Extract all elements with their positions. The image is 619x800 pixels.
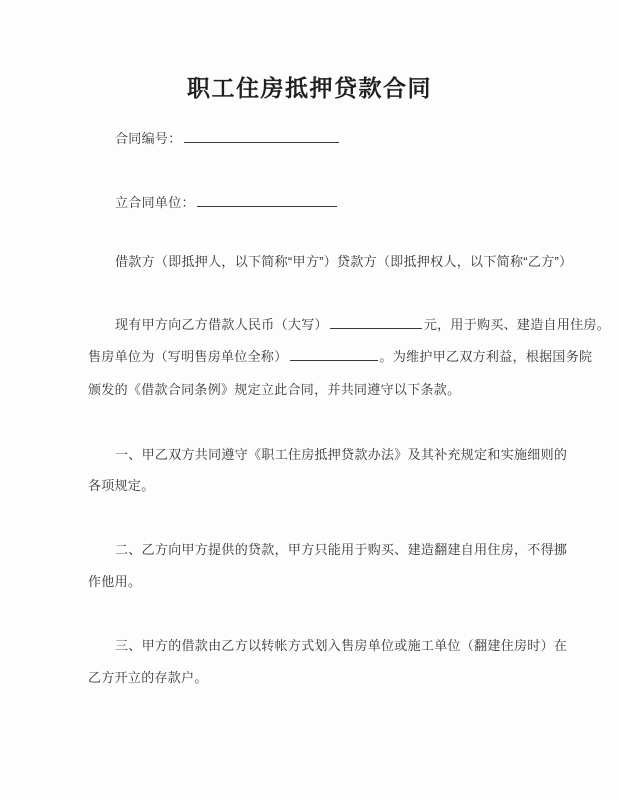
clause-1-line-2: 各项规定。 xyxy=(88,477,155,494)
contract-party-label: 立合同单位： xyxy=(115,195,195,210)
loan-amount-blank xyxy=(330,316,422,329)
intro-line-1: 现有甲方向乙方借款人民币（大写）元，用于购买、建造自用住房。 xyxy=(115,316,610,333)
clause-1-line-1: 一、甲乙双方共同遵守《职工住房抵押贷款办法》及其补充规定和实施细则的 xyxy=(115,446,567,463)
parties-definition-line: 借款方（即抵押人，以下简称“甲方”）贷款方（即抵押权人，以下简称“乙方”） xyxy=(115,253,572,270)
contract-document-page: 职工住房抵押贷款合同 合同编号： 立合同单位： 借款方（即抵押人，以下简称“甲方… xyxy=(0,0,619,800)
clause-2-line-1: 二、乙方向甲方提供的贷款，甲方只能用于购买、建造翻建自用住房，不得挪 xyxy=(115,541,567,558)
contract-party-blank xyxy=(197,194,337,207)
contract-number-blank xyxy=(184,130,339,143)
intro-line-2: 售房单位为（写明售房单位全称）。为维护甲乙双方利益，根据国务院 xyxy=(88,348,592,365)
contract-party-line: 立合同单位： xyxy=(115,194,339,211)
clause-2-line-2: 作他用。 xyxy=(88,573,141,590)
intro-line-2-text-after: 。为维护甲乙双方利益，根据国务院 xyxy=(380,349,593,364)
contract-number-label: 合同编号： xyxy=(115,131,182,146)
document-title: 职工住房抵押贷款合同 xyxy=(0,70,619,103)
intro-line-2-text-before: 售房单位为（写明售房单位全称） xyxy=(88,349,288,364)
contract-number-line: 合同编号： xyxy=(115,130,341,147)
intro-line-1-text-after: 元，用于购买、建造自用住房。 xyxy=(424,317,610,332)
seller-unit-blank xyxy=(290,348,378,361)
clause-3-line-1: 三、甲方的借款由乙方以转帐方式划入售房单位或施工单位（翻建住房时）在 xyxy=(115,637,567,654)
clause-3-line-2: 乙方开立的存款户。 xyxy=(88,669,208,686)
intro-line-3: 颁发的《借款合同条例》规定立此合同，并共同遵守以下条款。 xyxy=(88,381,460,398)
intro-line-1-text-before: 现有甲方向乙方借款人民币（大写） xyxy=(115,317,328,332)
